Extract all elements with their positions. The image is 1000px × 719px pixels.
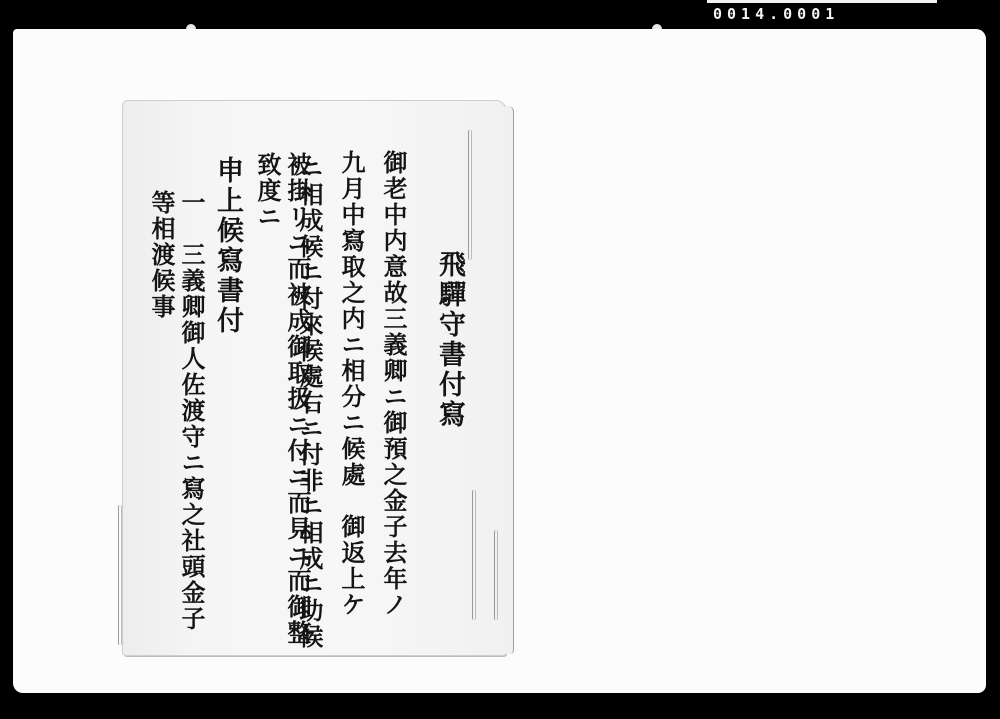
page-fold-line [118, 505, 122, 645]
text-column: 被掛リニ而被成御取扱ニ付ニ而見ニ而御整致度ニ [252, 152, 312, 656]
manuscript-page: 飛驒守書付寫 御老中内意故三義卿ニ御預之金子去年ノ 九月中寫取之内ニ相分ニ候處 … [122, 100, 506, 656]
page-fold-line [472, 490, 476, 620]
film-leader-strip [707, 0, 937, 3]
text-column: 九月中寫取之内ニ相分ニ候處 御返上ケ [336, 150, 366, 618]
text-column: 申上候寫書付 [212, 156, 242, 336]
text-column: 御老中内意故三義卿ニ御預之金子去年ノ [378, 150, 408, 618]
page-fold-line [494, 530, 498, 620]
doc-title-column: 飛驒守書付寫 [434, 250, 464, 430]
page-edge [505, 106, 514, 654]
text-column: 一 三義卿御人佐渡守ニ寫之社頭金子等相渡候事 [146, 190, 206, 656]
film-frame-area: 飛驒守書付寫 御老中内意故三義卿ニ御預之金子去年ノ 九月中寫取之内ニ相分ニ候處 … [13, 29, 986, 693]
microfilm-frame: 0014.0001 飛驒守書付寫 御老中内意故三義卿ニ御預之金子去年ノ 九月中寫… [0, 0, 1000, 719]
frame-counter: 0014.0001 [713, 5, 839, 23]
page-fold-line [468, 130, 472, 260]
